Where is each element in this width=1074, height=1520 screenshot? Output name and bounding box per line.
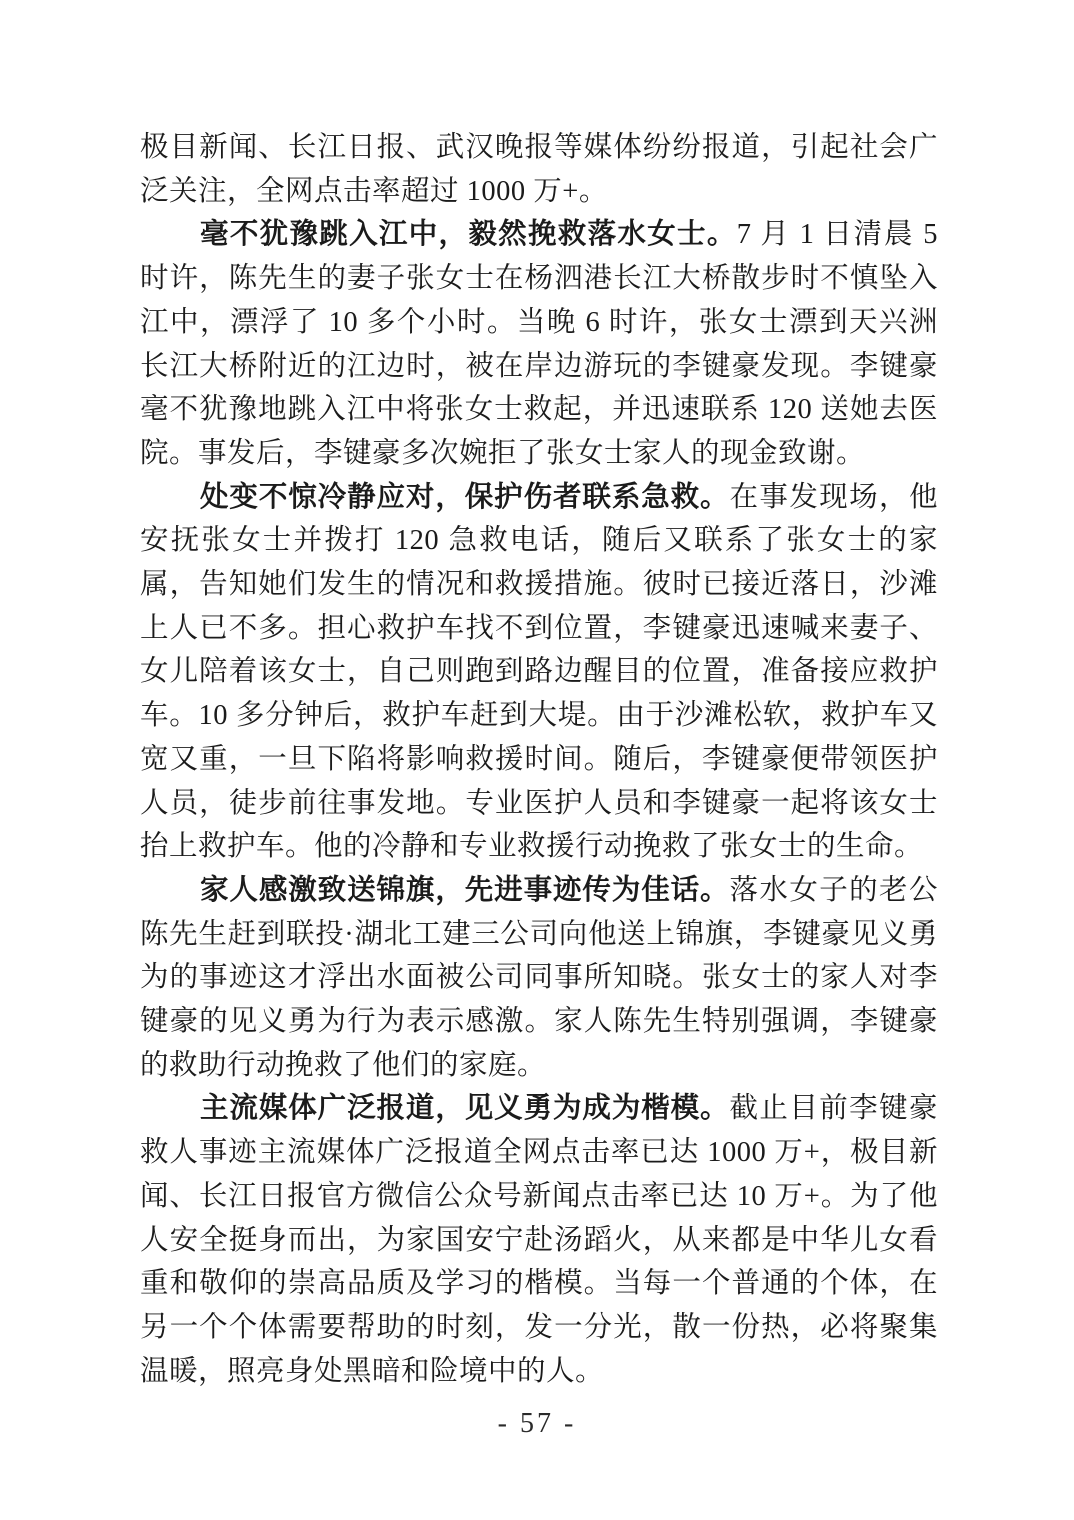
paragraph-text: 截止目前李键豪救人事迹主流媒体广泛报道全网点击率已达 1000 万+，极目新闻、… (140, 1093, 938, 1386)
paragraph-text: 在事发现场，他安抚张女士并拨打 120 急救电话，随后又联系了张女士的家属，告知… (140, 482, 938, 863)
paragraph-lead: 家人感激致送锦旗，先进事迹传为佳话。 (200, 875, 729, 906)
page-number: - 57 - (0, 1408, 1074, 1440)
document-page: 极目新闻、长江日报、武汉晚报等媒体纷纷报道，引起社会广泛关注，全网点击率超过 1… (0, 0, 1074, 1520)
paragraph-media-coverage: 主流媒体广泛报道，见义勇为成为楷模。截止目前李键豪救人事迹主流媒体广泛报道全网点… (140, 1087, 938, 1393)
paragraph-lead: 主流媒体广泛报道，见义勇为成为楷模。 (200, 1093, 729, 1124)
paragraph-text: 极目新闻、长江日报、武汉晚报等媒体纷纷报道，引起社会广泛关注，全网点击率超过 1… (140, 132, 938, 207)
paragraph-text: 7 月 1 日清晨 5 时许，陈先生的妻子张女士在杨泗港长江大桥散步时不慎坠入江… (140, 219, 938, 469)
paragraph-lead: 毫不犹豫跳入江中，毅然挽救落水女士。 (200, 219, 737, 250)
paragraph-rescue: 毫不犹豫跳入江中，毅然挽救落水女士。7 月 1 日清晨 5 时许，陈先生的妻子张… (140, 213, 938, 475)
paragraph-lead: 处变不惊冷静应对，保护伤者联系急救。 (200, 482, 729, 513)
paragraph-continuation: 极目新闻、长江日报、武汉晚报等媒体纷纷报道，引起社会广泛关注，全网点击率超过 1… (140, 126, 938, 213)
paragraph-family-gratitude: 家人感激致送锦旗，先进事迹传为佳话。落水女子的老公陈先生赶到联投·湖北工建三公司… (140, 869, 938, 1088)
document-body: 极目新闻、长江日报、武汉晚报等媒体纷纷报道，引起社会广泛关注，全网点击率超过 1… (140, 126, 938, 1393)
paragraph-calm-response: 处变不惊冷静应对，保护伤者联系急救。在事发现场，他安抚张女士并拨打 120 急救… (140, 476, 938, 869)
